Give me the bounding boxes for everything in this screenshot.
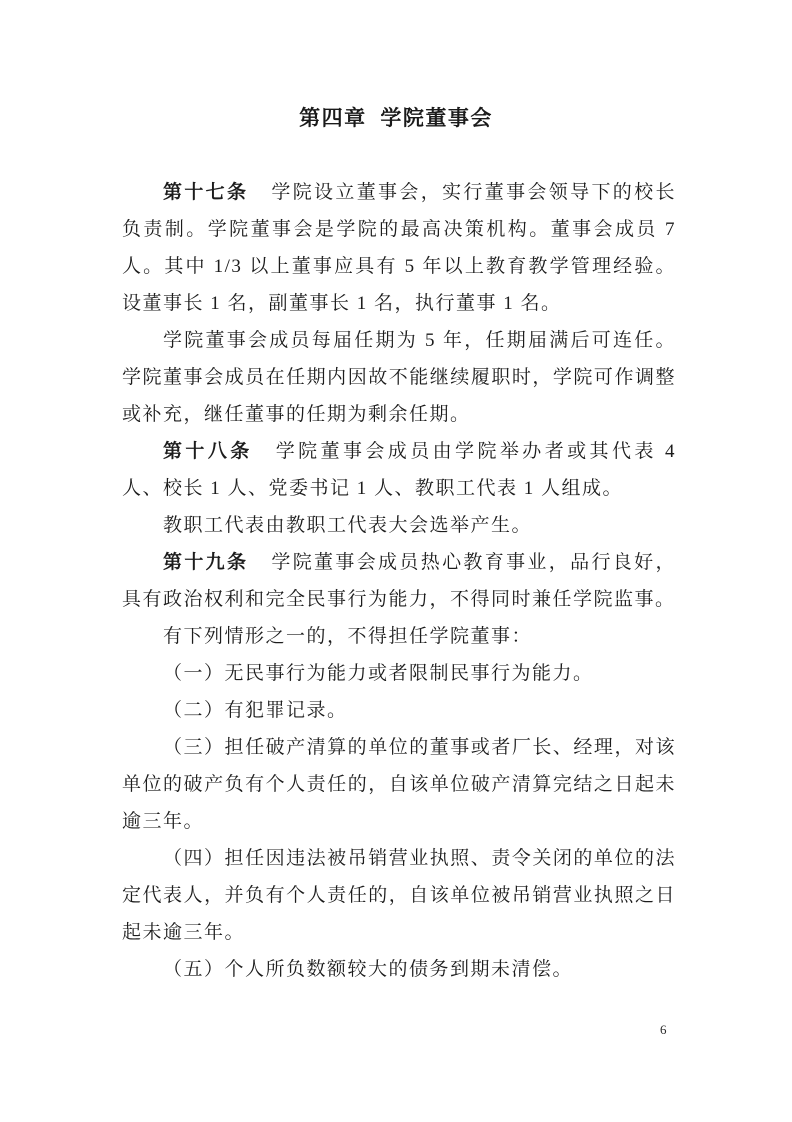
paragraph: （五）个人所负数额较大的债务到期未清偿。	[122, 951, 676, 988]
chapter-title: 第四章 学院董事会	[0, 104, 792, 132]
paragraph: 教职工代表由教职工代表大会选举产生。	[122, 507, 676, 544]
paragraph-text: （四）担任因违法被吊销营业执照、责令关闭的单位的法定代表人，并负有个人责任的，自…	[122, 848, 676, 943]
paragraph: （二）有犯罪记录。	[122, 692, 676, 729]
paragraph-text: 有下列情形之一的，不得担任学院董事：	[163, 626, 532, 647]
article-number: 第十八条	[163, 441, 253, 462]
document-page: 第四章 学院董事会 第十七条学院设立董事会，实行董事会领导下的校长负责制。学院董…	[0, 0, 792, 1122]
paragraph: （三）担任破产清算的单位的董事或者厂长、经理，对该单位的破产负有个人责任的，自该…	[122, 729, 676, 840]
paragraph-text: 学院董事会成员每届任期为 5 年，任期届满后可连任。学院董事会成员在任期内因故不…	[122, 330, 676, 425]
paragraph-text: 教职工代表由教职工代表大会选举产生。	[163, 515, 532, 536]
document-body: 第十七条学院设立董事会，实行董事会领导下的校长负责制。学院董事会是学院的最高决策…	[122, 174, 676, 988]
paragraph: （四）担任因违法被吊销营业执照、责令关闭的单位的法定代表人，并负有个人责任的，自…	[122, 840, 676, 951]
paragraph-text: （五）个人所负数额较大的债务到期未清偿。	[163, 959, 573, 980]
paragraph: 有下列情形之一的，不得担任学院董事：	[122, 618, 676, 655]
article-number: 第十九条	[163, 552, 248, 573]
paragraph: 学院董事会成员每届任期为 5 年，任期届满后可连任。学院董事会成员在任期内因故不…	[122, 322, 676, 433]
paragraph-text: （三）担任破产清算的单位的董事或者厂长、经理，对该单位的破产负有个人责任的，自该…	[122, 737, 676, 832]
paragraph-text: （二）有犯罪记录。	[163, 700, 348, 721]
paragraph: 第十七条学院设立董事会，实行董事会领导下的校长负责制。学院董事会是学院的最高决策…	[122, 174, 676, 322]
paragraph: 第十八条学院董事会成员由学院举办者或其代表 4 人、校长 1 人、党委书记 1 …	[122, 433, 676, 507]
paragraph-text: （一）无民事行为能力或者限制民事行为能力。	[163, 663, 594, 684]
page-number: 6	[660, 1022, 667, 1038]
paragraph: （一）无民事行为能力或者限制民事行为能力。	[122, 655, 676, 692]
paragraph: 第十九条学院董事会成员热心教育事业，品行良好，具有政治权利和完全民事行为能力，不…	[122, 544, 676, 618]
article-number: 第十七条	[163, 182, 248, 203]
